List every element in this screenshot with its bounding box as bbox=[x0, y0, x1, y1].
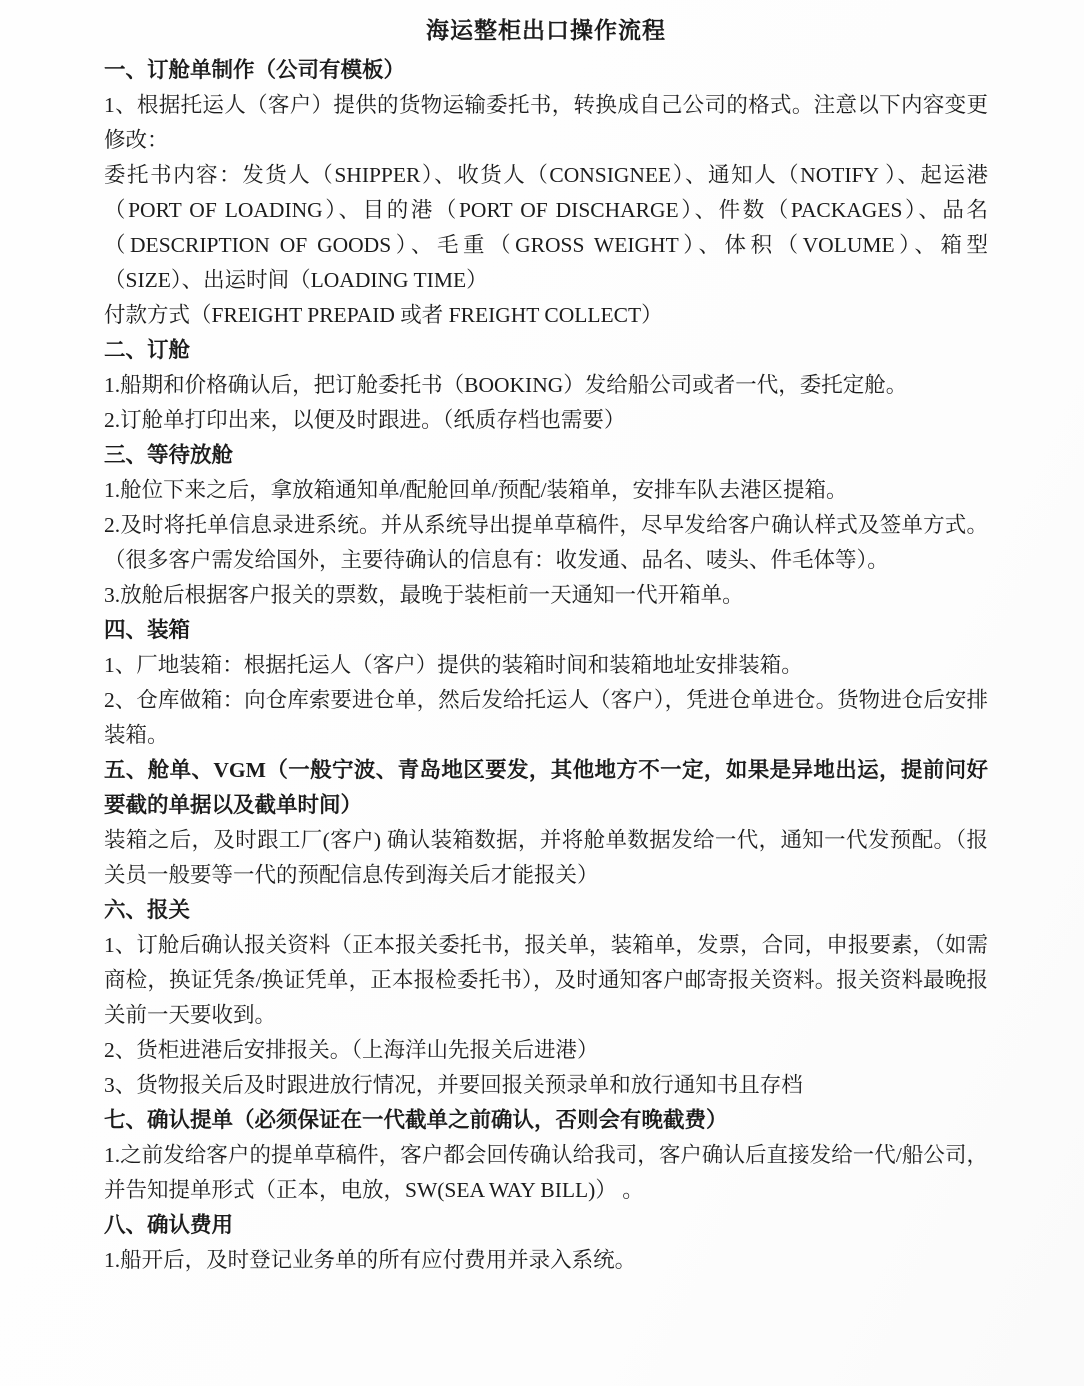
paragraph: 装箱之后，及时跟工厂(客户) 确认装箱数据，并将舱单数据发给一代，通知一代发预配… bbox=[104, 823, 988, 893]
section-loading: 四、装箱 1、厂地装箱：根据托运人（客户）提供的装箱时间和装箱地址安排装箱。 2… bbox=[104, 613, 988, 753]
section-heading: 二、订舱 bbox=[104, 333, 988, 368]
section-heading: 六、报关 bbox=[104, 893, 988, 928]
paragraph: 1.船开后，及时登记业务单的所有应付费用并录入系统。 bbox=[104, 1243, 988, 1278]
section-wait-release: 三、等待放舱 1.舱位下来之后，拿放箱通知单/配舱回单/预配/装箱单，安排车队去… bbox=[104, 438, 988, 613]
paragraph: 1、订舱后确认报关资料（正本报关委托书，报关单，装箱单，发票，合同，申报要素，（… bbox=[104, 928, 988, 1033]
section-heading: 七、确认提单（必须保证在一代截单之前确认，否则会有晚截费） bbox=[104, 1103, 988, 1138]
section-booking: 二、订舱 1.船期和价格确认后，把订舱委托书（BOOKING）发给船公司或者一代… bbox=[104, 333, 988, 438]
section-manifest-vgm: 五、舱单、VGM（一般宁波、青岛地区要发，其他地方不一定，如果是异地出运，提前问… bbox=[104, 753, 988, 893]
paragraph: 1.舱位下来之后，拿放箱通知单/配舱回单/预配/装箱单，安排车队去港区提箱。 bbox=[104, 473, 988, 508]
paragraph: 1、厂地装箱：根据托运人（客户）提供的装箱时间和装箱地址安排装箱。 bbox=[104, 648, 988, 683]
paragraph: 1.船期和价格确认后，把订舱委托书（BOOKING）发给船公司或者一代，委托定舱… bbox=[104, 368, 988, 403]
paragraph: 3.放舱后根据客户报关的票数，最晚于装柜前一天通知一代开箱单。 bbox=[104, 578, 988, 613]
paragraph: 2.订舱单打印出来，以便及时跟进。（纸质存档也需要） bbox=[104, 403, 988, 438]
paragraph: 委托书内容：发货人（SHIPPER）、收货人（CONSIGNEE）、通知人（NO… bbox=[104, 158, 988, 298]
section-confirm-fees: 八、确认费用 1.船开后，及时登记业务单的所有应付费用并录入系统。 bbox=[104, 1208, 988, 1278]
section-heading: 四、装箱 bbox=[104, 613, 988, 648]
paragraph: 2、货柜进港后安排报关。（上海洋山先报关后进港） bbox=[104, 1033, 988, 1068]
section-heading: 八、确认费用 bbox=[104, 1208, 988, 1243]
paragraph: 付款方式（FREIGHT PREPAID 或者 FREIGHT COLLECT） bbox=[104, 298, 988, 333]
section-customs: 六、报关 1、订舱后确认报关资料（正本报关委托书，报关单，装箱单，发票，合同，申… bbox=[104, 893, 988, 1103]
section-heading: 一、订舱单制作（公司有模板） bbox=[104, 53, 988, 88]
doc-title: 海运整柜出口操作流程 bbox=[104, 12, 988, 50]
paragraph: 2.及时将托单信息录进系统。并从系统导出提单草稿件，尽早发给客户确认样式及签单方… bbox=[104, 508, 988, 578]
section-confirm-bl: 七、确认提单（必须保证在一代截单之前确认，否则会有晚截费） 1.之前发给客户的提… bbox=[104, 1103, 988, 1208]
section-heading: 三、等待放舱 bbox=[104, 438, 988, 473]
section-heading: 五、舱单、VGM（一般宁波、青岛地区要发，其他地方不一定，如果是异地出运，提前问… bbox=[104, 753, 988, 823]
paragraph: 3、货物报关后及时跟进放行情况，并要回报关预录单和放行通知书且存档 bbox=[104, 1068, 988, 1103]
paragraph: 1.之前发给客户的提单草稿件，客户都会回传确认给我司，客户确认后直接发给一代/船… bbox=[104, 1138, 988, 1208]
document-page: 海运整柜出口操作流程 一、订舱单制作（公司有模板） 1、根据托运人（客户）提供的… bbox=[0, 0, 1084, 1386]
paragraph: 2、仓库做箱：向仓库索要进仓单，然后发给托运人（客户），凭进仓单进仓。货物进仓后… bbox=[104, 683, 988, 753]
section-booking-form: 一、订舱单制作（公司有模板） 1、根据托运人（客户）提供的货物运输委托书，转换成… bbox=[104, 53, 988, 333]
paragraph: 1、根据托运人（客户）提供的货物运输委托书，转换成自己公司的格式。注意以下内容变… bbox=[104, 88, 988, 158]
